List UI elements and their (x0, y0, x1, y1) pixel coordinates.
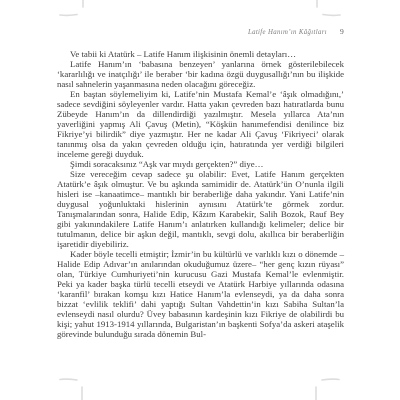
paragraph: Ve tabii ki Atatürk – Latife Hanım ilişk… (57, 49, 344, 59)
corner-mark-top-left (60, 0, 83, 15)
page-number: 9 (340, 27, 344, 36)
paragraph: Kader böyle tecelli etmiştir; İzmir’in b… (57, 249, 344, 339)
paragraph: Şimdi soracaksınız “Aşk var mıydı gerçek… (57, 159, 344, 169)
book-page: Latife Hanım’ın Kâğıtları 9 Ve tabii ki … (0, 0, 400, 400)
running-title: Latife Hanım’ın Kâğıtları (248, 29, 327, 36)
paragraph: Size vereceğim cevap sadece şu olabilir:… (57, 169, 344, 249)
corner-mark-bottom-right (316, 379, 339, 400)
corner-mark-bottom-left (60, 379, 82, 400)
paragraph: En baştan söylemeliyim ki, Latife’nin Mu… (57, 89, 344, 159)
running-head: Latife Hanım’ın Kâğıtları 9 (57, 27, 344, 36)
paragraph: Latife Hanım’ın ‘babasına benzeyen’ yanl… (57, 59, 344, 89)
corner-mark-top-right (317, 0, 340, 15)
body-text: Ve tabii ki Atatürk – Latife Hanım ilişk… (57, 49, 344, 339)
